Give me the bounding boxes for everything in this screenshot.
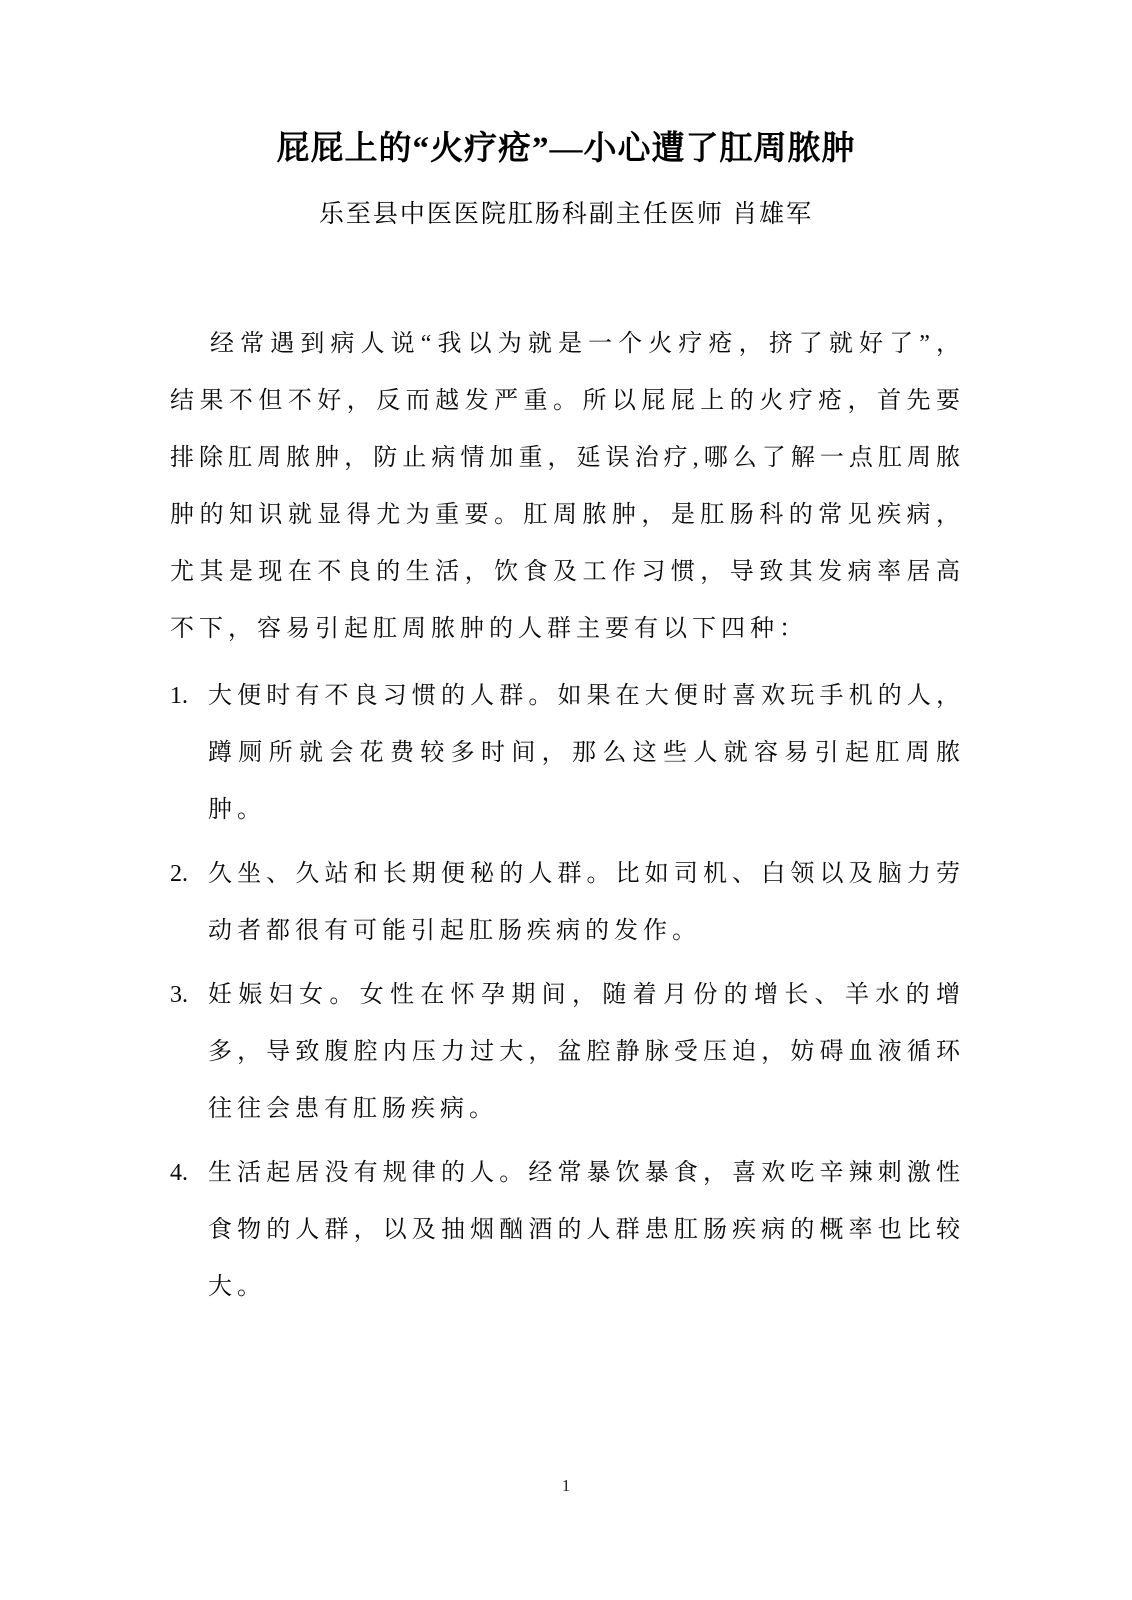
list-item-text: 妊娠妇女。女性在怀孕期间，随着月份的增长、羊水的增多，导致腹腔内压力过大，盆腔静… [208, 982, 965, 1122]
list-item-text: 大便时有不良习惯的人群。如果在大便时喜欢玩手机的人，蹲厕所就会花费较多时间，那么… [208, 683, 965, 823]
risk-group-list: 1. 大便时有不良习惯的人群。如果在大便时喜欢玩手机的人，蹲厕所就会花费较多时间… [170, 668, 965, 1316]
document-title: 屁屁上的“火疗疮”—小心遭了肛周脓肿 [0, 0, 1132, 171]
list-item-number: 1. [170, 668, 188, 725]
list-item: 2. 久坐、久站和长期便秘的人群。比如司机、白领以及脑力劳动者都很有可能引起肛肠… [170, 846, 965, 960]
page-number: 1 [0, 1476, 1132, 1496]
list-item-text: 久坐、久站和长期便秘的人群。比如司机、白领以及脑力劳动者都很有可能引起肛肠疾病的… [208, 861, 965, 944]
intro-paragraph: 经常遇到病人说“我以为就是一个火疗疮，挤了就好了”，结果不但不好，反而越发严重。… [170, 316, 965, 658]
document-byline: 乐至县中医医院肛肠科副主任医师 肖雄军 [0, 197, 1132, 232]
list-item-number: 4. [170, 1145, 188, 1202]
list-item-number: 3. [170, 967, 188, 1024]
list-item: 3. 妊娠妇女。女性在怀孕期间，随着月份的增长、羊水的增多，导致腹腔内压力过大，… [170, 967, 965, 1138]
list-item-number: 2. [170, 846, 188, 903]
document-body: 经常遇到病人说“我以为就是一个火疗疮，挤了就好了”，结果不但不好，反而越发严重。… [170, 316, 965, 1316]
list-item: 1. 大便时有不良习惯的人群。如果在大便时喜欢玩手机的人，蹲厕所就会花费较多时间… [170, 668, 965, 839]
document-page: 屁屁上的“火疗疮”—小心遭了肛周脓肿 乐至县中医医院肛肠科副主任医师 肖雄军 经… [0, 0, 1132, 1600]
list-item: 4. 生活起居没有规律的人。经常暴饮暴食，喜欢吃辛辣刺激性食物的人群，以及抽烟酗… [170, 1145, 965, 1316]
list-item-text: 生活起居没有规律的人。经常暴饮暴食，喜欢吃辛辣刺激性食物的人群，以及抽烟酗酒的人… [208, 1160, 965, 1300]
